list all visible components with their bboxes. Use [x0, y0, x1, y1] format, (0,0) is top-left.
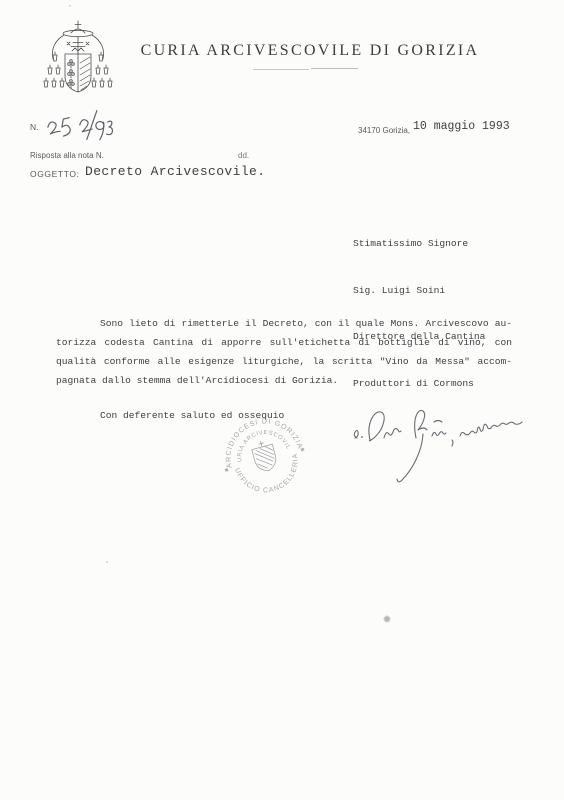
subject-label: OGGETTO: — [30, 169, 80, 179]
stamp-separator-star-icon: ✱ — [224, 467, 230, 474]
reply-date-abbrev: dd. — [238, 151, 249, 160]
reply-note-label: Risposta alla nota N. — [30, 151, 104, 160]
handwritten-protocol-number — [43, 112, 115, 144]
shield-trefoils — [68, 60, 75, 88]
body-line: pagnata dallo stemma dell'Arcidiocesi di… — [56, 371, 512, 390]
protocol-number-label: N. — [30, 122, 39, 132]
tassels-right — [92, 52, 112, 87]
scan-speck — [106, 561, 108, 563]
tassels-left — [44, 52, 64, 87]
title-rule-right — [311, 68, 358, 69]
archbishop-coat-of-arms-icon — [38, 20, 118, 108]
stamp-center-emblem — [250, 438, 278, 473]
recipient-line: Sig. Luigi Soini — [353, 283, 485, 299]
body-line: Sono lieto di rimetterLe il Decreto, con… — [56, 314, 512, 333]
handwritten-signature — [348, 404, 554, 496]
dateline-place: 34170 Gorizia, — [358, 126, 410, 135]
subject-value: Decreto Arcivescovile. — [85, 164, 265, 179]
letterhead-title: CURIA ARCIVESCOVILE DI GORIZIA — [128, 42, 492, 60]
stamp-separator-star-icon: ✱ — [300, 447, 306, 454]
body-line: torizza codesta Cantina di apporre sull'… — [56, 333, 512, 352]
dateline-date: 10 maggio 1993 — [413, 120, 510, 133]
body-line: qualità conforme alle esigenze liturgich… — [56, 352, 512, 371]
scanned-letter-page: CURIA ARCIVESCOVILE DI GORIZIA N. 34170 … — [0, 0, 564, 800]
scan-speck — [69, 5, 71, 7]
stamp-outer-bottom-text: UFFICIO CANCELLERIA — [233, 451, 307, 502]
title-rule-left — [253, 69, 309, 70]
scan-blot — [383, 615, 391, 623]
recipient-line: Stimatissimo Signore — [353, 236, 485, 252]
